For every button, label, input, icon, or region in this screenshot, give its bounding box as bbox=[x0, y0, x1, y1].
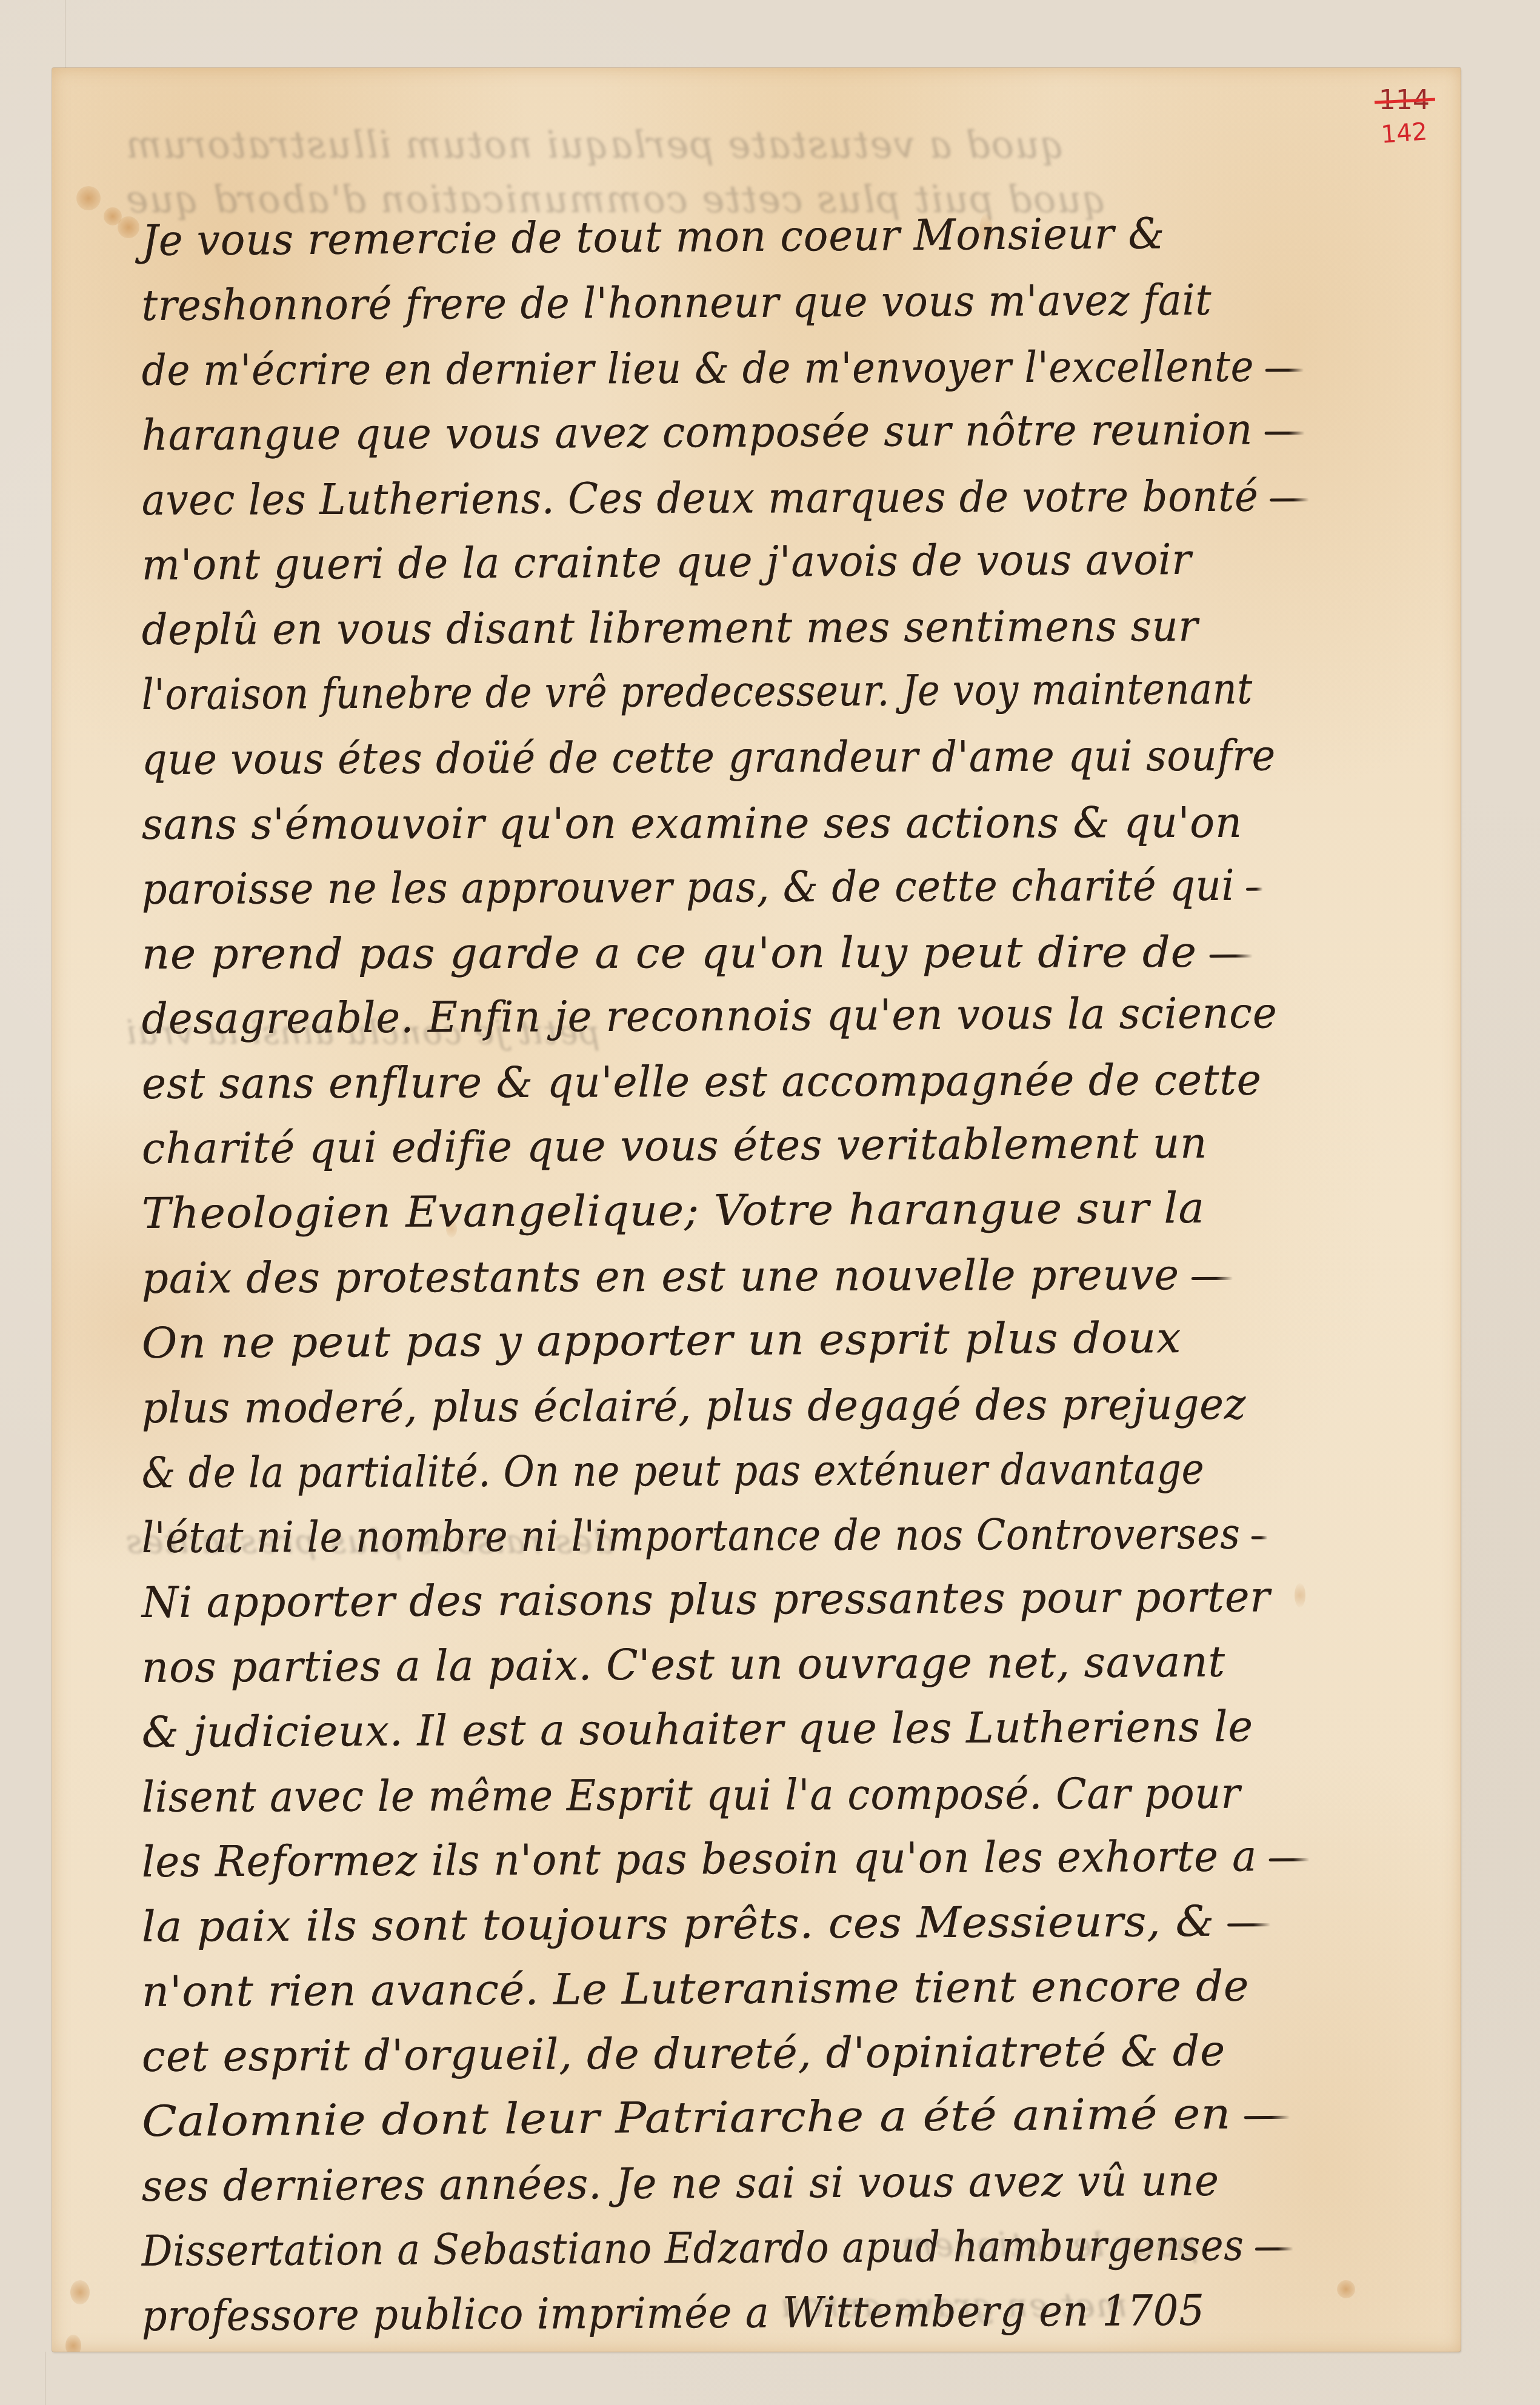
line-filler-dash bbox=[1270, 498, 1309, 501]
letter-line: Je vous remercie de tout mon coeur Monsi… bbox=[142, 200, 1399, 273]
letter-line: harangue que vous avez composée sur nôtr… bbox=[142, 396, 1386, 468]
letter-line: de m'écrire en dernier lieu & de m'envoy… bbox=[142, 334, 1333, 403]
letter-line: l'oraison funebre de vrê predecesseur. J… bbox=[142, 656, 1294, 727]
letter-line: & judicieux. Il est a souhaiter que les … bbox=[142, 1693, 1425, 1765]
letter-line: On ne peut pas y apporter un esprit plus… bbox=[142, 1304, 1461, 1376]
line-filler-dash bbox=[1227, 1923, 1270, 1926]
line-filler-dash bbox=[1268, 1858, 1309, 1861]
letter-line: nos parties a la paix. C'est un ouvrage … bbox=[142, 1629, 1425, 1700]
foxing-spot bbox=[70, 2280, 90, 2304]
bleed-through-line: quod a vetustate perlaqui notum illustra… bbox=[52, 122, 1461, 167]
letter-line: que vous étes doüé de cette grandeur d'a… bbox=[142, 723, 1359, 792]
letter-line: ne prend pas garde a ce qu'on luy peut d… bbox=[142, 919, 1461, 987]
letter-line: la paix ils sont toujours prêts. ces Mes… bbox=[142, 1887, 1461, 1960]
line-filler-dash bbox=[1192, 1276, 1233, 1279]
folio-number: 114 142 bbox=[1371, 85, 1438, 148]
letter-line: sans s'émouvoir qu'on examine ses action… bbox=[142, 790, 1412, 857]
line-filler-dash bbox=[1264, 431, 1305, 434]
letter-line: treshonnoré frere de l'honneur que vous … bbox=[142, 267, 1359, 338]
letter-line: charité qui edifie que vous étes veritab… bbox=[142, 1110, 1425, 1181]
letter-line: professore publico imprimée a Wittemberg… bbox=[142, 2277, 1359, 2349]
letter-line: lisent avec le même Esprit qui l'a compo… bbox=[142, 1761, 1373, 1830]
letter-line: m'ont gueri de la crainte que j'avois de… bbox=[142, 526, 1386, 598]
foxing-spot bbox=[118, 216, 139, 238]
manuscript-leaf: quod a vetustate perlaqui notum illustra… bbox=[52, 68, 1461, 2352]
letter-line: & de la partialité. On ne peut pas extén… bbox=[142, 1436, 1307, 1506]
old-folio-number-struck: 114 bbox=[1371, 85, 1438, 116]
line-filler-dash bbox=[1252, 1536, 1268, 1539]
letter-line: desagreable. Enfin je reconnois qu'en vo… bbox=[142, 980, 1399, 1052]
line-filler-dash bbox=[1265, 369, 1304, 372]
letter-line: cet esprit d'orgueil, de dureté, d'opini… bbox=[142, 2018, 1438, 2089]
letter-line: les Reformez ils n'ont pas besoin qu'on … bbox=[142, 1823, 1399, 1895]
letter-line: Dissertation a Sebastiano Edzardo apud h… bbox=[142, 2213, 1321, 2284]
letter-line: n'ont rien avancé. Le Luteranisme tient … bbox=[142, 1953, 1452, 2024]
letter-line: Theologien Evangelique; Votre harangue s… bbox=[142, 1174, 1461, 1246]
line-filler-dash bbox=[1244, 2115, 1290, 2119]
foxing-spot bbox=[65, 2335, 81, 2352]
line-filler-dash bbox=[1255, 2247, 1293, 2250]
letter-line: avec les Lutheriens. Ces deux marques de… bbox=[142, 464, 1359, 533]
letter-line: deplû en vous disant librement mes senti… bbox=[142, 593, 1385, 662]
letter-line: ses dernieres années. Je ne sai si vous … bbox=[142, 2147, 1399, 2219]
letter-line: paix des protestants en est une nouvelle… bbox=[142, 1242, 1425, 1311]
letter-line: Ni apporter des raisons plus pressantes … bbox=[142, 1564, 1425, 1635]
letter-line: l'état ni le nombre ni l'importance de n… bbox=[142, 1501, 1320, 1570]
letter-line: Calomnie dont leur Patriarche a été anim… bbox=[142, 2080, 1461, 2154]
foxing-spot bbox=[76, 186, 101, 210]
new-folio-number: 142 bbox=[1370, 116, 1438, 150]
line-filler-dash bbox=[1209, 954, 1252, 957]
letter-line: est sans enflure & qu'elle est accompagn… bbox=[142, 1047, 1412, 1116]
mount-rule-line bbox=[65, 0, 65, 68]
mount-rule-line bbox=[45, 2352, 45, 2405]
letter-line: paroisse ne les approuver pas, & de cett… bbox=[142, 853, 1359, 922]
letter-line: plus moderé, plus éclairé, plus degagé d… bbox=[142, 1372, 1399, 1441]
letter-body: Je vous remercie de tout mon coeur Monsi… bbox=[142, 208, 1451, 2349]
line-filler-dash bbox=[1246, 887, 1263, 890]
